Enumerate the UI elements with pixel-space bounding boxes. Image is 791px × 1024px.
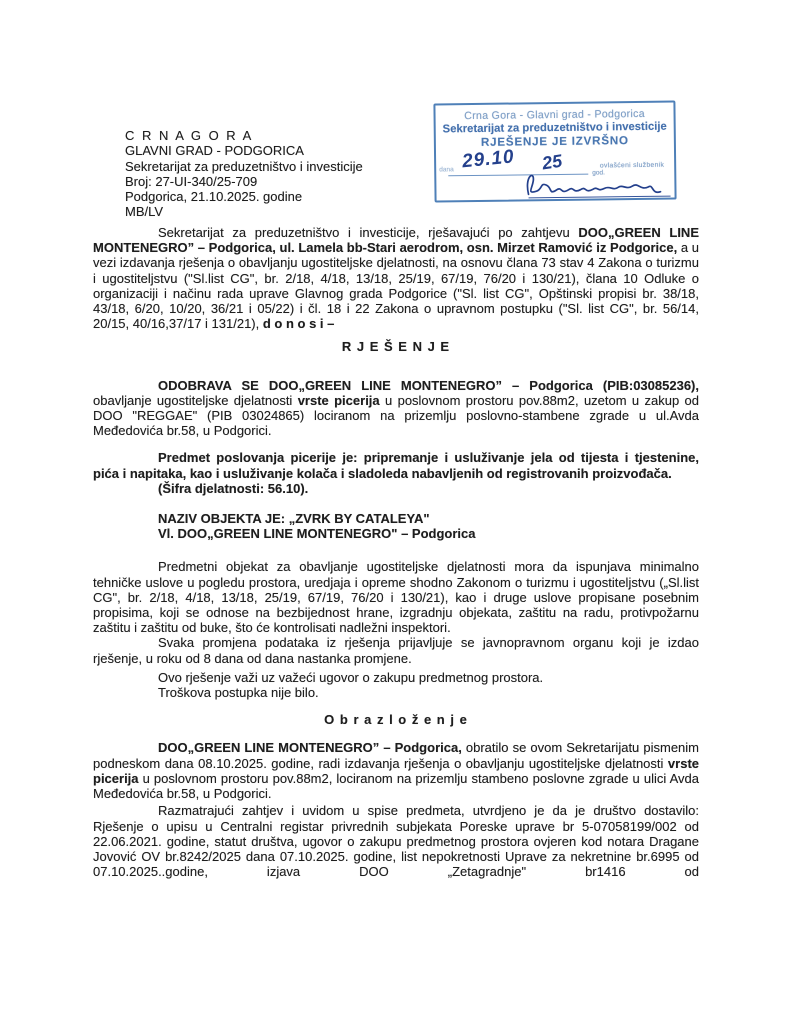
heading-rjesenje: R J E Š E N J E: [93, 339, 699, 354]
stamp-status: RJEŠENJE JE IZVRŠNO: [436, 134, 674, 150]
intro-paragraph: Sekretarijat za preduzetništvo i investi…: [93, 225, 699, 331]
approval-paragraph: ODOBRAVA SE DOO„GREEN LINE MONTENEGRO” –…: [93, 378, 699, 439]
owner-line: Vl. DOO„GREEN LINE MONTENEGRO" – Podgori…: [93, 526, 699, 541]
evidence-paragraph: Razmatrajući zahtjev i uvidom u spise pr…: [93, 803, 699, 879]
letterhead-department: Sekretarijat za preduzetništvo i investi…: [125, 159, 363, 174]
letterhead-initials: MB/LV: [125, 204, 363, 219]
request-paragraph: DOO„GREEN LINE MONTENEGRO” – Podgorica, …: [93, 740, 699, 801]
letterhead-country: C R N A G O R A: [125, 128, 363, 143]
change-notice-paragraph: Svaka promjena podataka iz rješenja prij…: [93, 635, 699, 665]
business-scope-paragraph: Predmet poslovanja picerije je: priprema…: [93, 450, 699, 480]
letterhead-city: GLAVNI GRAD - PODGORICA: [125, 143, 363, 158]
handwritten-date: 29.10: [461, 146, 515, 173]
object-name-line: NAZIV OBJEKTA JE: „ZVRK BY CATALEYA": [93, 511, 699, 526]
letterhead-case-number: Broj: 27-UI-340/25-709: [125, 174, 363, 189]
document-body: Sekretarijat za preduzetništvo i investi…: [93, 225, 699, 879]
executory-stamp: Crna Gora - Glavni grad - Podgorica Sekr…: [433, 101, 676, 203]
validity-line: Ovo rješenje važi uz važeći ugovor o zak…: [93, 670, 699, 685]
document-page: C R N A G O R A GLAVNI GRAD - PODGORICA …: [0, 0, 791, 1024]
stamp-date-prefix-label: dana: [439, 166, 454, 173]
activity-code-line: (Šifra djelatnosti: 56.10).: [93, 481, 699, 496]
costs-line: Troškova postupka nije bilo.: [93, 685, 699, 700]
letterhead: C R N A G O R A GLAVNI GRAD - PODGORICA …: [125, 128, 363, 220]
letterhead-place-date: Podgorica, 21.10.2025. godine: [125, 189, 363, 204]
heading-obrazlozenje: O b r a z l o ž e n j e: [93, 712, 699, 727]
conditions-paragraph: Predmetni objekat za obavljanje ugostite…: [93, 559, 699, 635]
